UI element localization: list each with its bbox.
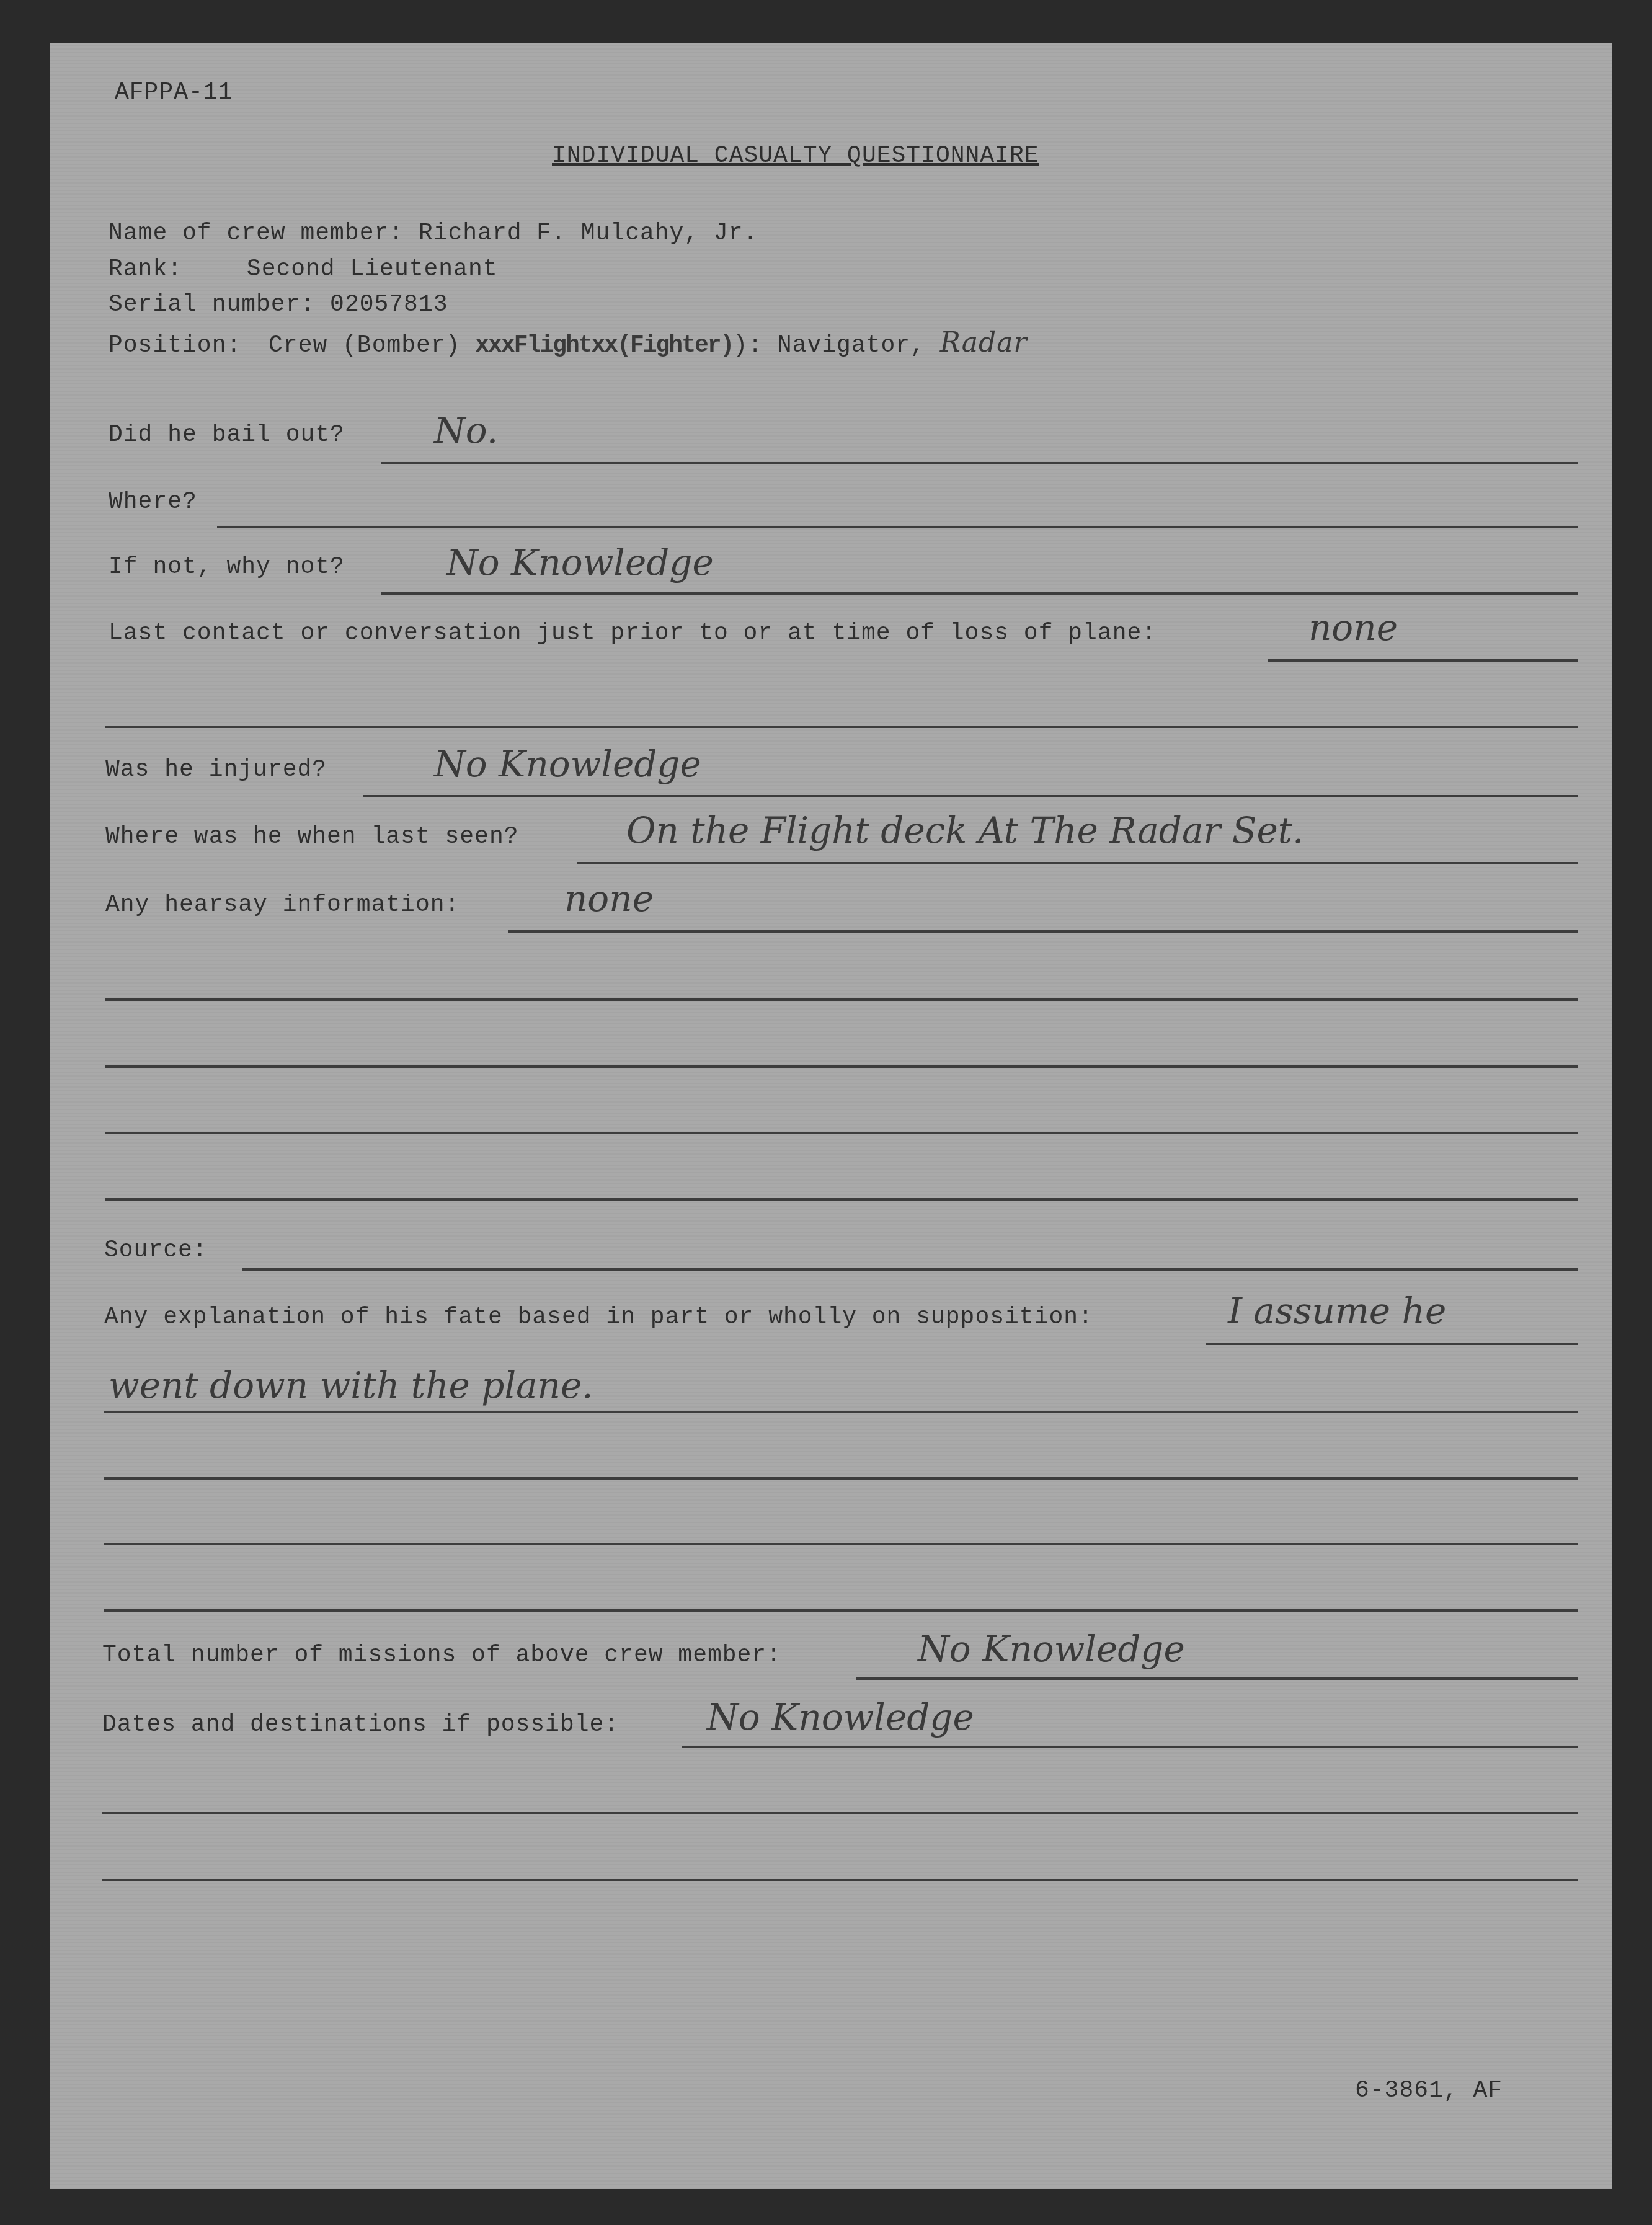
dates-answer: No Knowledge <box>707 1696 974 1738</box>
last-contact-label: Last contact or conversation just prior … <box>109 620 1157 647</box>
page-title: INDIVIDUAL CASUALTY QUESTIONNAIRE <box>552 143 1039 169</box>
name-row: Name of crew member: Richard F. Mulcahy,… <box>109 220 758 247</box>
source-label: Source: <box>104 1237 208 1264</box>
last-seen-line <box>577 862 1578 864</box>
last-seen-label: Where was he when last seen? <box>105 824 519 850</box>
hearsay-label: Any hearsay information: <box>105 892 460 918</box>
missions-line <box>856 1677 1578 1680</box>
last-seen-answer: On the Flight deck At The Radar Set. <box>626 809 1304 851</box>
why-not-answer: No Knowledge <box>446 541 714 584</box>
explanation-answer-1: I assume he <box>1228 1290 1446 1332</box>
serial-value: 02057813 <box>330 291 448 318</box>
why-not-line <box>381 592 1578 595</box>
hearsay-line-5 <box>105 1198 1578 1201</box>
dates-label: Dates and destinations if possible: <box>102 1712 619 1738</box>
name-label: Name of crew member: <box>109 220 404 247</box>
explanation-answer-2: went down with the plane. <box>109 1364 593 1406</box>
hearsay-line-2 <box>105 998 1578 1001</box>
injured-label: Was he injured? <box>105 757 327 783</box>
missions-answer: No Knowledge <box>918 1628 1185 1670</box>
rank-value: Second Lieutenant <box>247 256 498 283</box>
injured-line <box>363 795 1578 797</box>
rank-row: Rank: Second Lieutenant <box>109 256 498 283</box>
hearsay-line-4 <box>105 1132 1578 1134</box>
form-code: AFPPA-11 <box>115 79 233 106</box>
bail-out-answer: No. <box>434 409 498 451</box>
serial-label: Serial number: <box>109 291 315 318</box>
name-value: Richard F. Mulcahy, Jr. <box>419 220 758 247</box>
footer-form-number: 6-3861, AF <box>1355 2077 1503 2104</box>
struck-text: xxxFlightxx(Fighter) <box>475 332 733 359</box>
why-not-label: If not, why not? <box>109 554 345 580</box>
where-label: Where? <box>109 489 197 515</box>
hearsay-answer: none <box>564 877 654 920</box>
explanation-line-4 <box>104 1543 1578 1545</box>
position-value-after: ): Navigator, <box>733 332 925 359</box>
position-row: Position: Crew (Bomber) xxxFlightxx(Figh… <box>109 327 1027 359</box>
bail-out-label: Did he bail out? <box>109 422 345 448</box>
questionnaire-page: AFPPA-11 INDIVIDUAL CASUALTY QUESTIONNAI… <box>50 43 1612 2189</box>
injured-answer: No Knowledge <box>434 743 701 785</box>
hearsay-line-3 <box>105 1065 1578 1068</box>
explanation-line-5 <box>104 1609 1578 1612</box>
last-contact-line-2 <box>105 726 1578 728</box>
missions-label: Total number of missions of above crew m… <box>102 1642 781 1669</box>
where-line <box>217 526 1578 528</box>
dates-line-3 <box>102 1879 1578 1881</box>
explanation-label: Any explanation of his fate based in par… <box>104 1304 1093 1331</box>
explanation-line-3 <box>104 1477 1578 1480</box>
hearsay-line <box>508 930 1578 933</box>
position-handwritten: Radar <box>940 327 1028 358</box>
serial-row: Serial number: 02057813 <box>109 291 448 318</box>
last-contact-line <box>1268 659 1578 662</box>
source-line <box>242 1268 1578 1271</box>
position-value: Crew (Bomber) <box>269 332 460 359</box>
dates-line <box>682 1746 1578 1748</box>
rank-label: Rank: <box>109 256 182 283</box>
explanation-line-2 <box>104 1411 1578 1413</box>
explanation-line <box>1206 1343 1578 1345</box>
position-label: Position: <box>109 332 241 359</box>
bail-out-line <box>381 462 1578 464</box>
dates-line-2 <box>102 1812 1578 1814</box>
last-contact-answer: none <box>1308 606 1398 649</box>
